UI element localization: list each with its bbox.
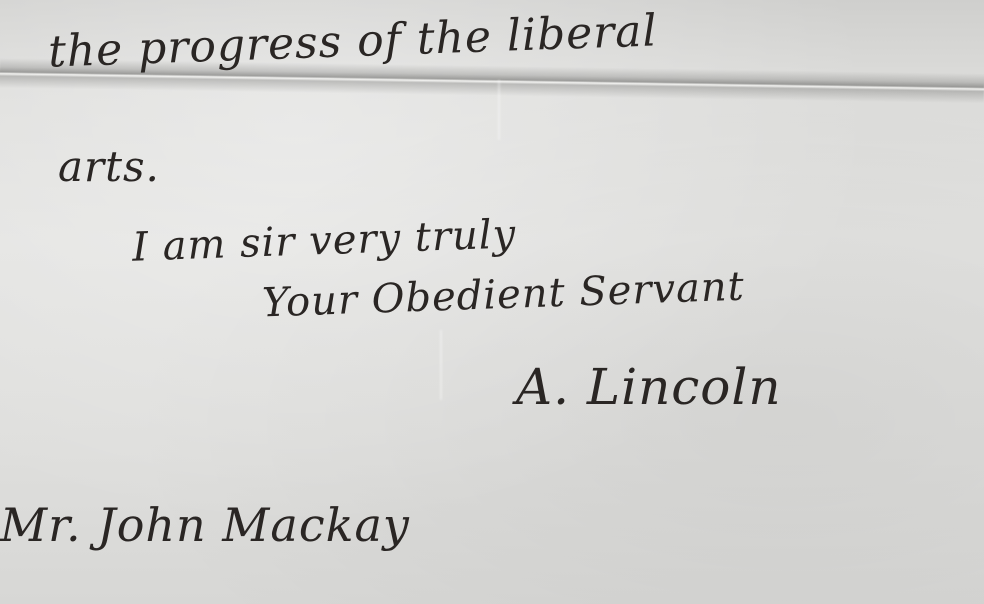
letter-line-2: arts.	[58, 142, 160, 191]
paper-crease	[440, 330, 442, 400]
letter-page: the progress of the liberal arts. I am s…	[0, 0, 984, 604]
letter-closing-2: Your Obedient Servant	[261, 264, 745, 327]
letter-closing-1: I am sir very truly	[131, 211, 517, 270]
addressee: Mr. John Mackay	[0, 498, 410, 552]
signature: A. Lincoln	[516, 358, 782, 416]
paper-crease	[498, 80, 500, 140]
